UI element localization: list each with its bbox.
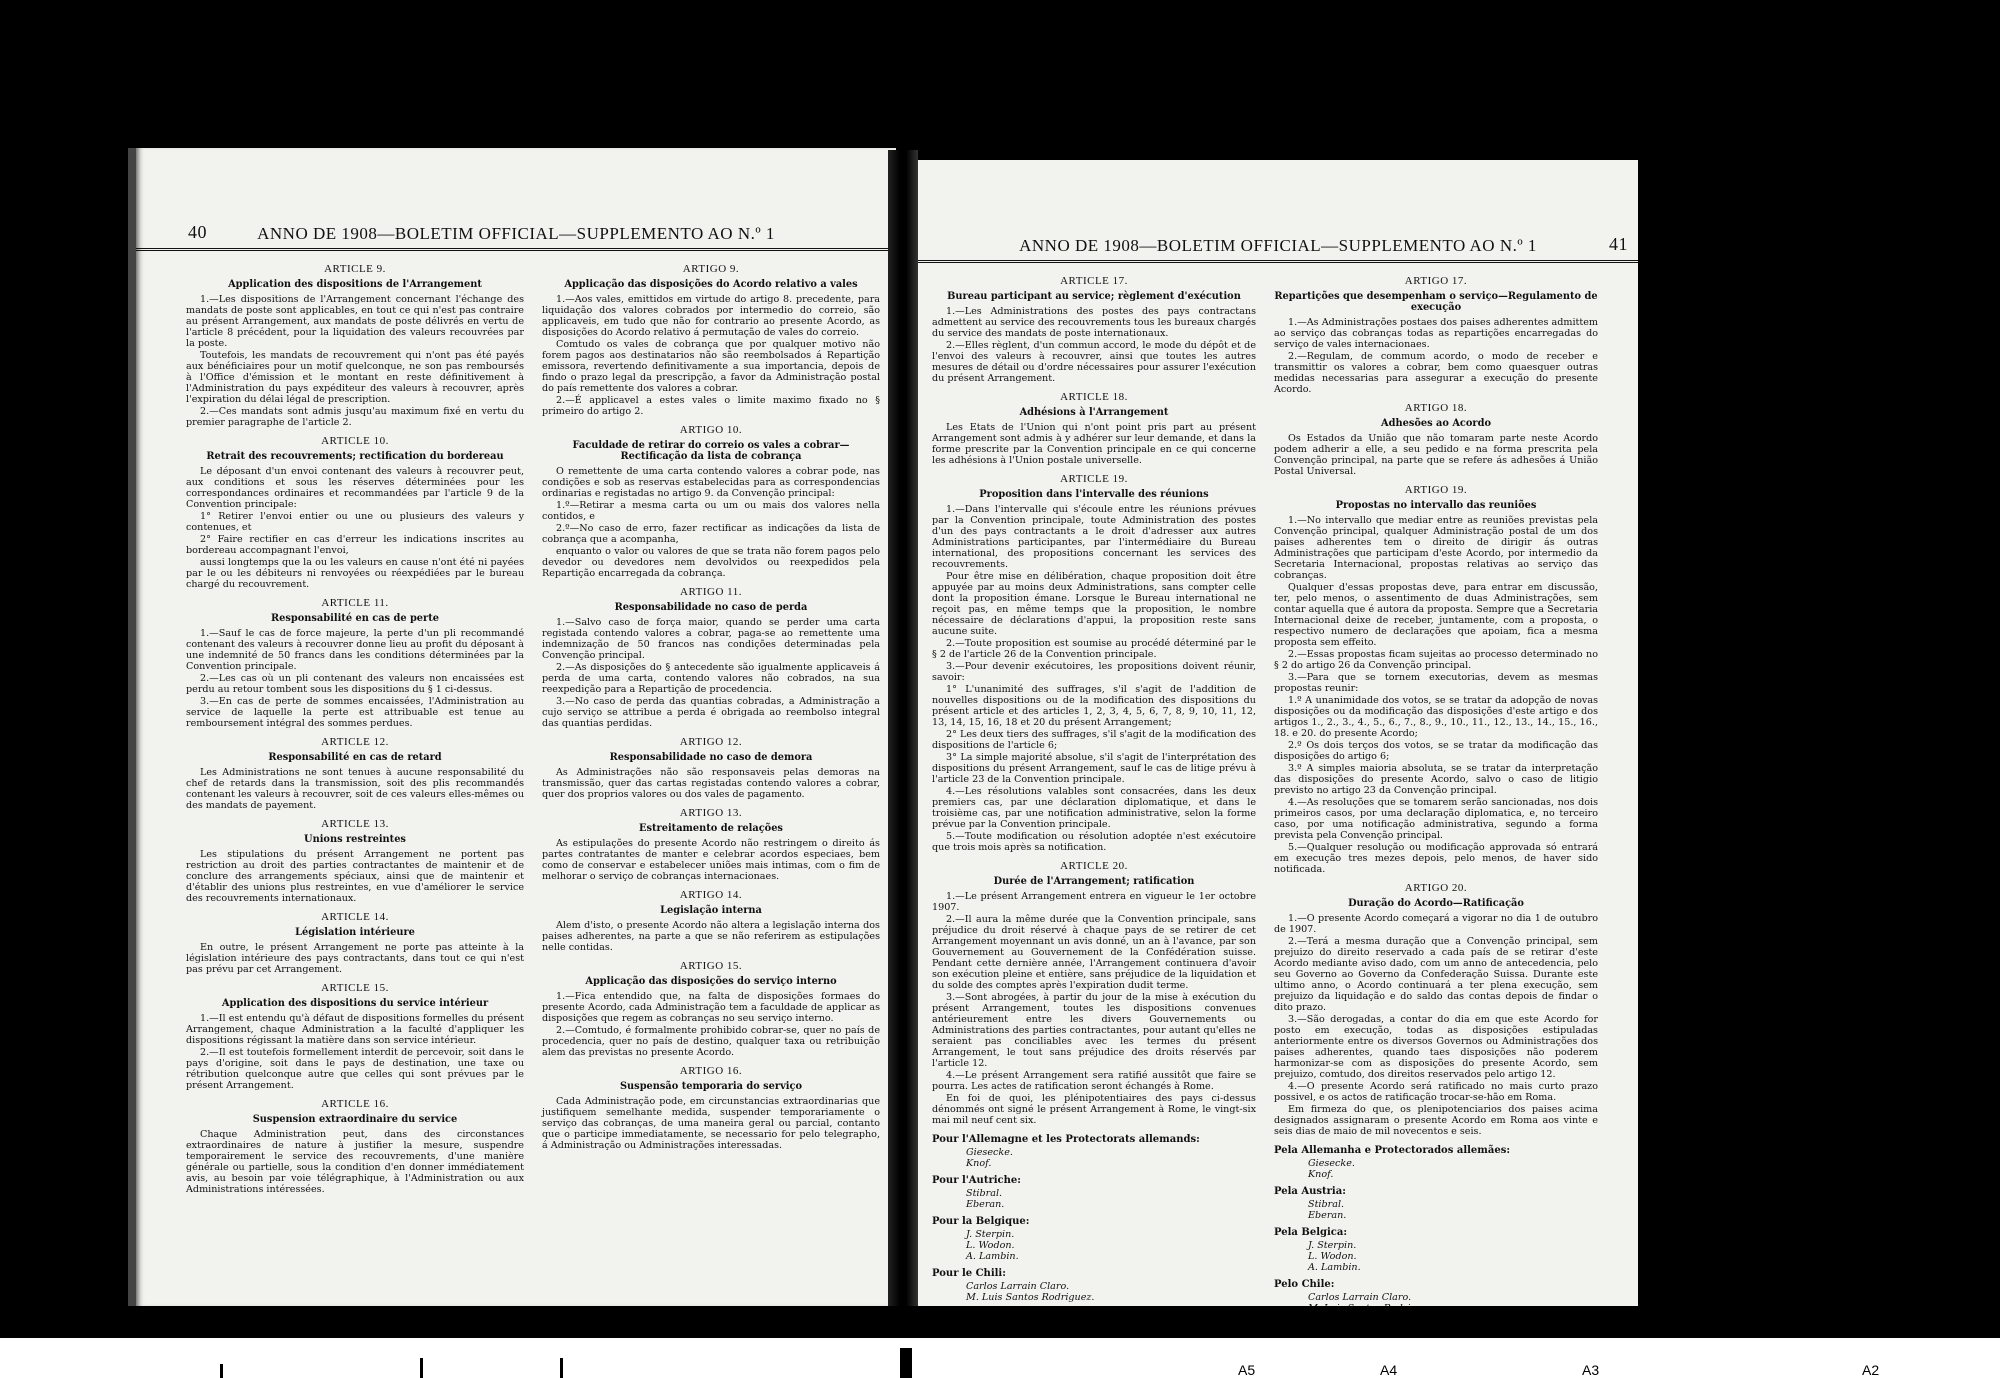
- paragraph: 5.—Qualquer resolução ou modificação app…: [1274, 842, 1598, 875]
- article-title: Unions restreintes: [186, 834, 524, 845]
- signatory-name: Carlos Larrain Claro.: [932, 1281, 1256, 1292]
- article-heading: ARTICLE 16.: [186, 1099, 524, 1110]
- paragraph: 2.—As disposições do § antecedente são i…: [542, 662, 880, 695]
- paragraph: aussi longtemps que la ou les valeurs en…: [186, 557, 524, 590]
- column-portuguese: ARTIGO 9.Applicação das disposições do A…: [542, 256, 880, 1296]
- article-heading: ARTICLE 13.: [186, 819, 524, 830]
- article-heading: ARTIGO 12.: [542, 737, 880, 748]
- article-heading: ARTICLE 19.: [932, 474, 1256, 485]
- article-title: Applicação das disposições do serviço in…: [542, 976, 880, 987]
- article-heading: ARTIGO 18.: [1274, 403, 1598, 414]
- article-title: Adhesões ao Acordo: [1274, 418, 1598, 429]
- paragraph: Toutefois, les mandats de recouvrement q…: [186, 350, 524, 405]
- article-title: Legislação interna: [542, 905, 880, 916]
- paragraph: Chaque Administration peut, dans des cir…: [186, 1129, 524, 1195]
- paragraph: Em firmeza do que, os plenipotenciarios …: [1274, 1104, 1598, 1137]
- column-french: ARTICLE 9.Application des dispositions d…: [186, 256, 524, 1296]
- signatory-name: J. Sterpin.: [1274, 1240, 1598, 1251]
- paragraph: 2° Les deux tiers des suffrages, s'il s'…: [932, 729, 1256, 751]
- running-head-title: ANNO DE 1908—BOLETIM OFFICIAL—SUPPLEMENT…: [136, 224, 896, 244]
- article-title: Repartições que desempenham o serviço—Re…: [1274, 291, 1598, 313]
- paragraph: 1.—Les dispositions de l'Arrangement con…: [186, 294, 524, 349]
- article-title: Durée de l'Arrangement; ratification: [932, 876, 1256, 887]
- article-heading: ARTIGO 20.: [1274, 883, 1598, 894]
- paragraph: 2.º Os dois terços dos votos, se se trat…: [1274, 740, 1598, 762]
- signatory-name: L. Wodon.: [1274, 1251, 1598, 1262]
- article-heading: ARTICLE 11.: [186, 598, 524, 609]
- article-heading: ARTIGO 14.: [542, 890, 880, 901]
- article-title: Retrait des recouvrements; rectification…: [186, 451, 524, 462]
- signatory-country: Pour le Chili:: [932, 1268, 1256, 1279]
- paragraph: 2.—Il aura la même durée que la Conventi…: [932, 914, 1256, 991]
- paragraph: 3° La simple majorité absolue, s'il s'ag…: [932, 752, 1256, 785]
- paragraph: 3.º A simples maioria absoluta, se se tr…: [1274, 763, 1598, 796]
- article-heading: ARTIGO 9.: [542, 264, 880, 275]
- signatory-name: A. Lambin.: [932, 1251, 1256, 1262]
- paragraph: 1.º A unanimidade dos votos, se se trata…: [1274, 695, 1598, 739]
- article-heading: ARTIGO 11.: [542, 587, 880, 598]
- film-mark-a4: A4: [1380, 1362, 1397, 1378]
- film-mark-a2: A2: [1862, 1362, 1879, 1378]
- paragraph: 2.—Il est toutefois formellement interdi…: [186, 1047, 524, 1091]
- paragraph: 1.—Sauf le cas de force majeure, la pert…: [186, 628, 524, 672]
- paragraph: 1.—As Administrações postaes dos paises …: [1274, 317, 1598, 350]
- article-heading: ARTICLE 20.: [932, 861, 1256, 872]
- article-title: Adhésions à l'Arrangement: [932, 407, 1256, 418]
- paragraph: 3.—São derogadas, a contar do dia em que…: [1274, 1014, 1598, 1080]
- film-mark-a5: A5: [1238, 1362, 1255, 1378]
- paragraph: 3.—Pour devenir exécutoires, les proposi…: [932, 661, 1256, 683]
- column-french: ARTICLE 17.Bureau participant au service…: [932, 268, 1256, 1305]
- paragraph: 1° Retirer l'envoi entier ou une ou plus…: [186, 511, 524, 533]
- signatory-country: Pour la Belgique:: [932, 1216, 1256, 1227]
- paragraph: 2.—Comtudo, é formalmente prohibido cobr…: [542, 1025, 880, 1058]
- paragraph: 4.—Le présent Arrangement sera ratifié a…: [932, 1070, 1256, 1092]
- paragraph: 1.—O presente Acordo começará a vigorar …: [1274, 913, 1598, 935]
- signatory-name: Knof.: [1274, 1169, 1598, 1180]
- signatory-country: Pelo Chile:: [1274, 1279, 1598, 1290]
- paragraph: Os Estados da União que não tomaram part…: [1274, 433, 1598, 477]
- running-head: ANNO DE 1908—BOLETIM OFFICIAL—SUPPLEMENT…: [918, 232, 1638, 263]
- paragraph: 2.—É applicavel a estes vales o limite m…: [542, 395, 880, 417]
- paragraph: Le déposant d'un envoi contenant des val…: [186, 466, 524, 510]
- article-heading: ARTICLE 14.: [186, 912, 524, 923]
- signatures: Pela Allemanha e Protectorados allemães:…: [1274, 1145, 1598, 1314]
- right-page: ANNO DE 1908—BOLETIM OFFICIAL—SUPPLEMENT…: [918, 160, 1638, 1315]
- paragraph: 1.—Il est entendu qu'à défaut de disposi…: [186, 1013, 524, 1046]
- film-edge-marks: A5 A4 A3 A2: [0, 1338, 2000, 1378]
- article-heading: ARTIGO 15.: [542, 961, 880, 972]
- article-title: Législation intérieure: [186, 927, 524, 938]
- left-page: 40 ANNO DE 1908—BOLETIM OFFICIAL—SUPPLEM…: [128, 148, 896, 1306]
- paragraph: 1.º—Retirar a mesma carta ou um ou mais …: [542, 500, 880, 522]
- paragraph: 1.—Salvo caso de força maior, quando se …: [542, 617, 880, 661]
- signatory-country: Pour l'Autriche:: [932, 1175, 1256, 1186]
- paragraph: 2.—Terá a mesma duração que a Convenção …: [1274, 936, 1598, 1013]
- article-heading: ARTICLE 12.: [186, 737, 524, 748]
- signatory-name: L. Wodon.: [932, 1240, 1256, 1251]
- paragraph: As estipulações do presente Acordo não r…: [542, 838, 880, 882]
- paragraph: 1.—No intervallo que mediar entre as reu…: [1274, 515, 1598, 581]
- paragraph: 3.—Sont abrogées, à partir du jour de la…: [932, 992, 1256, 1069]
- paragraph: 2.—Elles règlent, d'un commun accord, le…: [932, 340, 1256, 384]
- signatory-country: Pela Belgica:: [1274, 1227, 1598, 1238]
- paragraph: Alem d'isto, o presente Acordo não alter…: [542, 920, 880, 953]
- article-heading: ARTICLE 17.: [932, 276, 1256, 287]
- column-portuguese: ARTIGO 17.Repartições que desempenham o …: [1274, 268, 1598, 1305]
- article-title: Proposition dans l'intervalle des réunio…: [932, 489, 1256, 500]
- article-heading: ARTICLE 10.: [186, 436, 524, 447]
- paragraph: Cada Administração pode, em circunstanci…: [542, 1096, 880, 1151]
- signatory-name: Eberan.: [1274, 1210, 1598, 1221]
- paragraph: 2° Faire rectifier en cas d'erreur les i…: [186, 534, 524, 556]
- article-title: Responsabilidade no caso de perda: [542, 602, 880, 613]
- signatory-name: Stibral.: [932, 1188, 1256, 1199]
- article-title: Application des dispositions de l'Arrang…: [186, 279, 524, 290]
- signatory-name: A. Lambin.: [1274, 1262, 1598, 1273]
- signatory-country: Pela Allemanha e Protectorados allemães:: [1274, 1145, 1598, 1156]
- article-title: Responsabilité en cas de perte: [186, 613, 524, 624]
- article-title: Estreitamento de relações: [542, 823, 880, 834]
- paragraph: enquanto o valor ou valores de que se tr…: [542, 546, 880, 579]
- article-title: Application des dispositions du service …: [186, 998, 524, 1009]
- article-title: Responsabilidade no caso de demora: [542, 752, 880, 763]
- paragraph: 1° L'unanimité des suffrages, s'il s'agi…: [932, 684, 1256, 728]
- article-title: Suspensão temporaria do serviço: [542, 1081, 880, 1092]
- signatory-name: Stibral.: [1274, 1199, 1598, 1210]
- paragraph: 3.—En cas de perte de sommes encaissées,…: [186, 696, 524, 729]
- article-heading: ARTIGO 13.: [542, 808, 880, 819]
- paragraph: 5.—Toute modification ou résolution adop…: [932, 831, 1256, 853]
- paragraph: En outre, le présent Arrangement ne port…: [186, 942, 524, 975]
- paragraph: 1.—Aos vales, emittidos em virtude do ar…: [542, 294, 880, 338]
- paragraph: 1.—Les Administrations des postes des pa…: [932, 306, 1256, 339]
- paragraph: 3.—No caso de perda das quantias cobrada…: [542, 696, 880, 729]
- article-title: Bureau participant au service; règlement…: [932, 291, 1256, 302]
- paragraph: 4.—O presente Acordo será ratificado no …: [1274, 1081, 1598, 1103]
- signatory-name: M. Luis Santos Rodriguez.: [932, 1292, 1256, 1303]
- paragraph: 2.—Toute proposition est soumise au proc…: [932, 638, 1256, 660]
- signatory-name: Giesecke.: [932, 1147, 1256, 1158]
- article-title: Duração do Acordo—Ratificação: [1274, 898, 1598, 909]
- paragraph: Les Etats de l'Union qui n'ont point pri…: [932, 422, 1256, 466]
- paragraph: As Administrações não são responsaveis p…: [542, 767, 880, 800]
- article-heading: ARTIGO 16.: [542, 1066, 880, 1077]
- article-title: Suspension extraordinaire du service: [186, 1114, 524, 1125]
- paragraph: Qualquer d'essas propostas deve, para en…: [1274, 582, 1598, 648]
- paragraph: Pour être mise en délibération, chaque p…: [932, 571, 1256, 637]
- signatory-name: Knof.: [932, 1158, 1256, 1169]
- signatory-country: Pela Austria:: [1274, 1186, 1598, 1197]
- running-head-title: ANNO DE 1908—BOLETIM OFFICIAL—SUPPLEMENT…: [918, 236, 1638, 256]
- paragraph: 1.—Le présent Arrangement entrera en vig…: [932, 891, 1256, 913]
- signatures: Pour l'Allemagne et les Protectorats all…: [932, 1134, 1256, 1303]
- paragraph: 2.—Les cas où un pli contenant des valeu…: [186, 673, 524, 695]
- signatory-name: J. Sterpin.: [932, 1229, 1256, 1240]
- signatory-name: Carlos Larrain Claro.: [1274, 1292, 1598, 1303]
- paragraph: 2.—Regulam, de commum acordo, o modo de …: [1274, 351, 1598, 395]
- paragraph: 4.—Les résolutions valables sont consacr…: [932, 786, 1256, 830]
- article-heading: ARTICLE 18.: [932, 392, 1256, 403]
- signatory-country: Pour l'Allemagne et les Protectorats all…: [932, 1134, 1256, 1145]
- paragraph: 3.—Para que se tornem executorias, devem…: [1274, 672, 1598, 694]
- signatory-name: Eberan.: [932, 1199, 1256, 1210]
- film-mark-a3: A3: [1582, 1362, 1599, 1378]
- paragraph: 2.—Essas propostas ficam sujeitas ao pro…: [1274, 649, 1598, 671]
- paragraph: Comtudo os vales de cobrança que por qua…: [542, 339, 880, 394]
- article-title: Propostas no intervallo das reuniões: [1274, 500, 1598, 511]
- paragraph: Les stipulations du présent Arrangement …: [186, 849, 524, 904]
- paragraph: O remettente de uma carta contendo valor…: [542, 466, 880, 499]
- article-heading: ARTIGO 10.: [542, 425, 880, 436]
- paragraph: 4.—As resoluções que se tomarem serão sa…: [1274, 797, 1598, 841]
- article-title: Responsabilité en cas de retard: [186, 752, 524, 763]
- paragraph: Les Administrations ne sont tenues à auc…: [186, 767, 524, 811]
- page-number: 41: [1609, 234, 1628, 255]
- article-heading: ARTIGO 19.: [1274, 485, 1598, 496]
- paragraph: 2.º—No caso de erro, fazer rectificar as…: [542, 523, 880, 545]
- paragraph: 1.—Fica entendido que, na falta de dispo…: [542, 991, 880, 1024]
- article-heading: ARTIGO 17.: [1274, 276, 1598, 287]
- article-title: Applicação das disposições do Acordo rel…: [542, 279, 880, 290]
- running-head: 40 ANNO DE 1908—BOLETIM OFFICIAL—SUPPLEM…: [136, 220, 896, 251]
- article-heading: ARTICLE 9.: [186, 264, 524, 275]
- article-title: Faculdade de retirar do correio os vales…: [542, 440, 880, 462]
- article-heading: ARTICLE 15.: [186, 983, 524, 994]
- paragraph: 1.—Dans l'intervalle qui s'écoule entre …: [932, 504, 1256, 570]
- paragraph: En foi de quoi, les plénipotentiaires de…: [932, 1093, 1256, 1126]
- book-gutter: [888, 150, 918, 1310]
- paragraph: 2.—Ces mandats sont admis jusqu'au maxim…: [186, 406, 524, 428]
- signatory-name: Giesecke.: [1274, 1158, 1598, 1169]
